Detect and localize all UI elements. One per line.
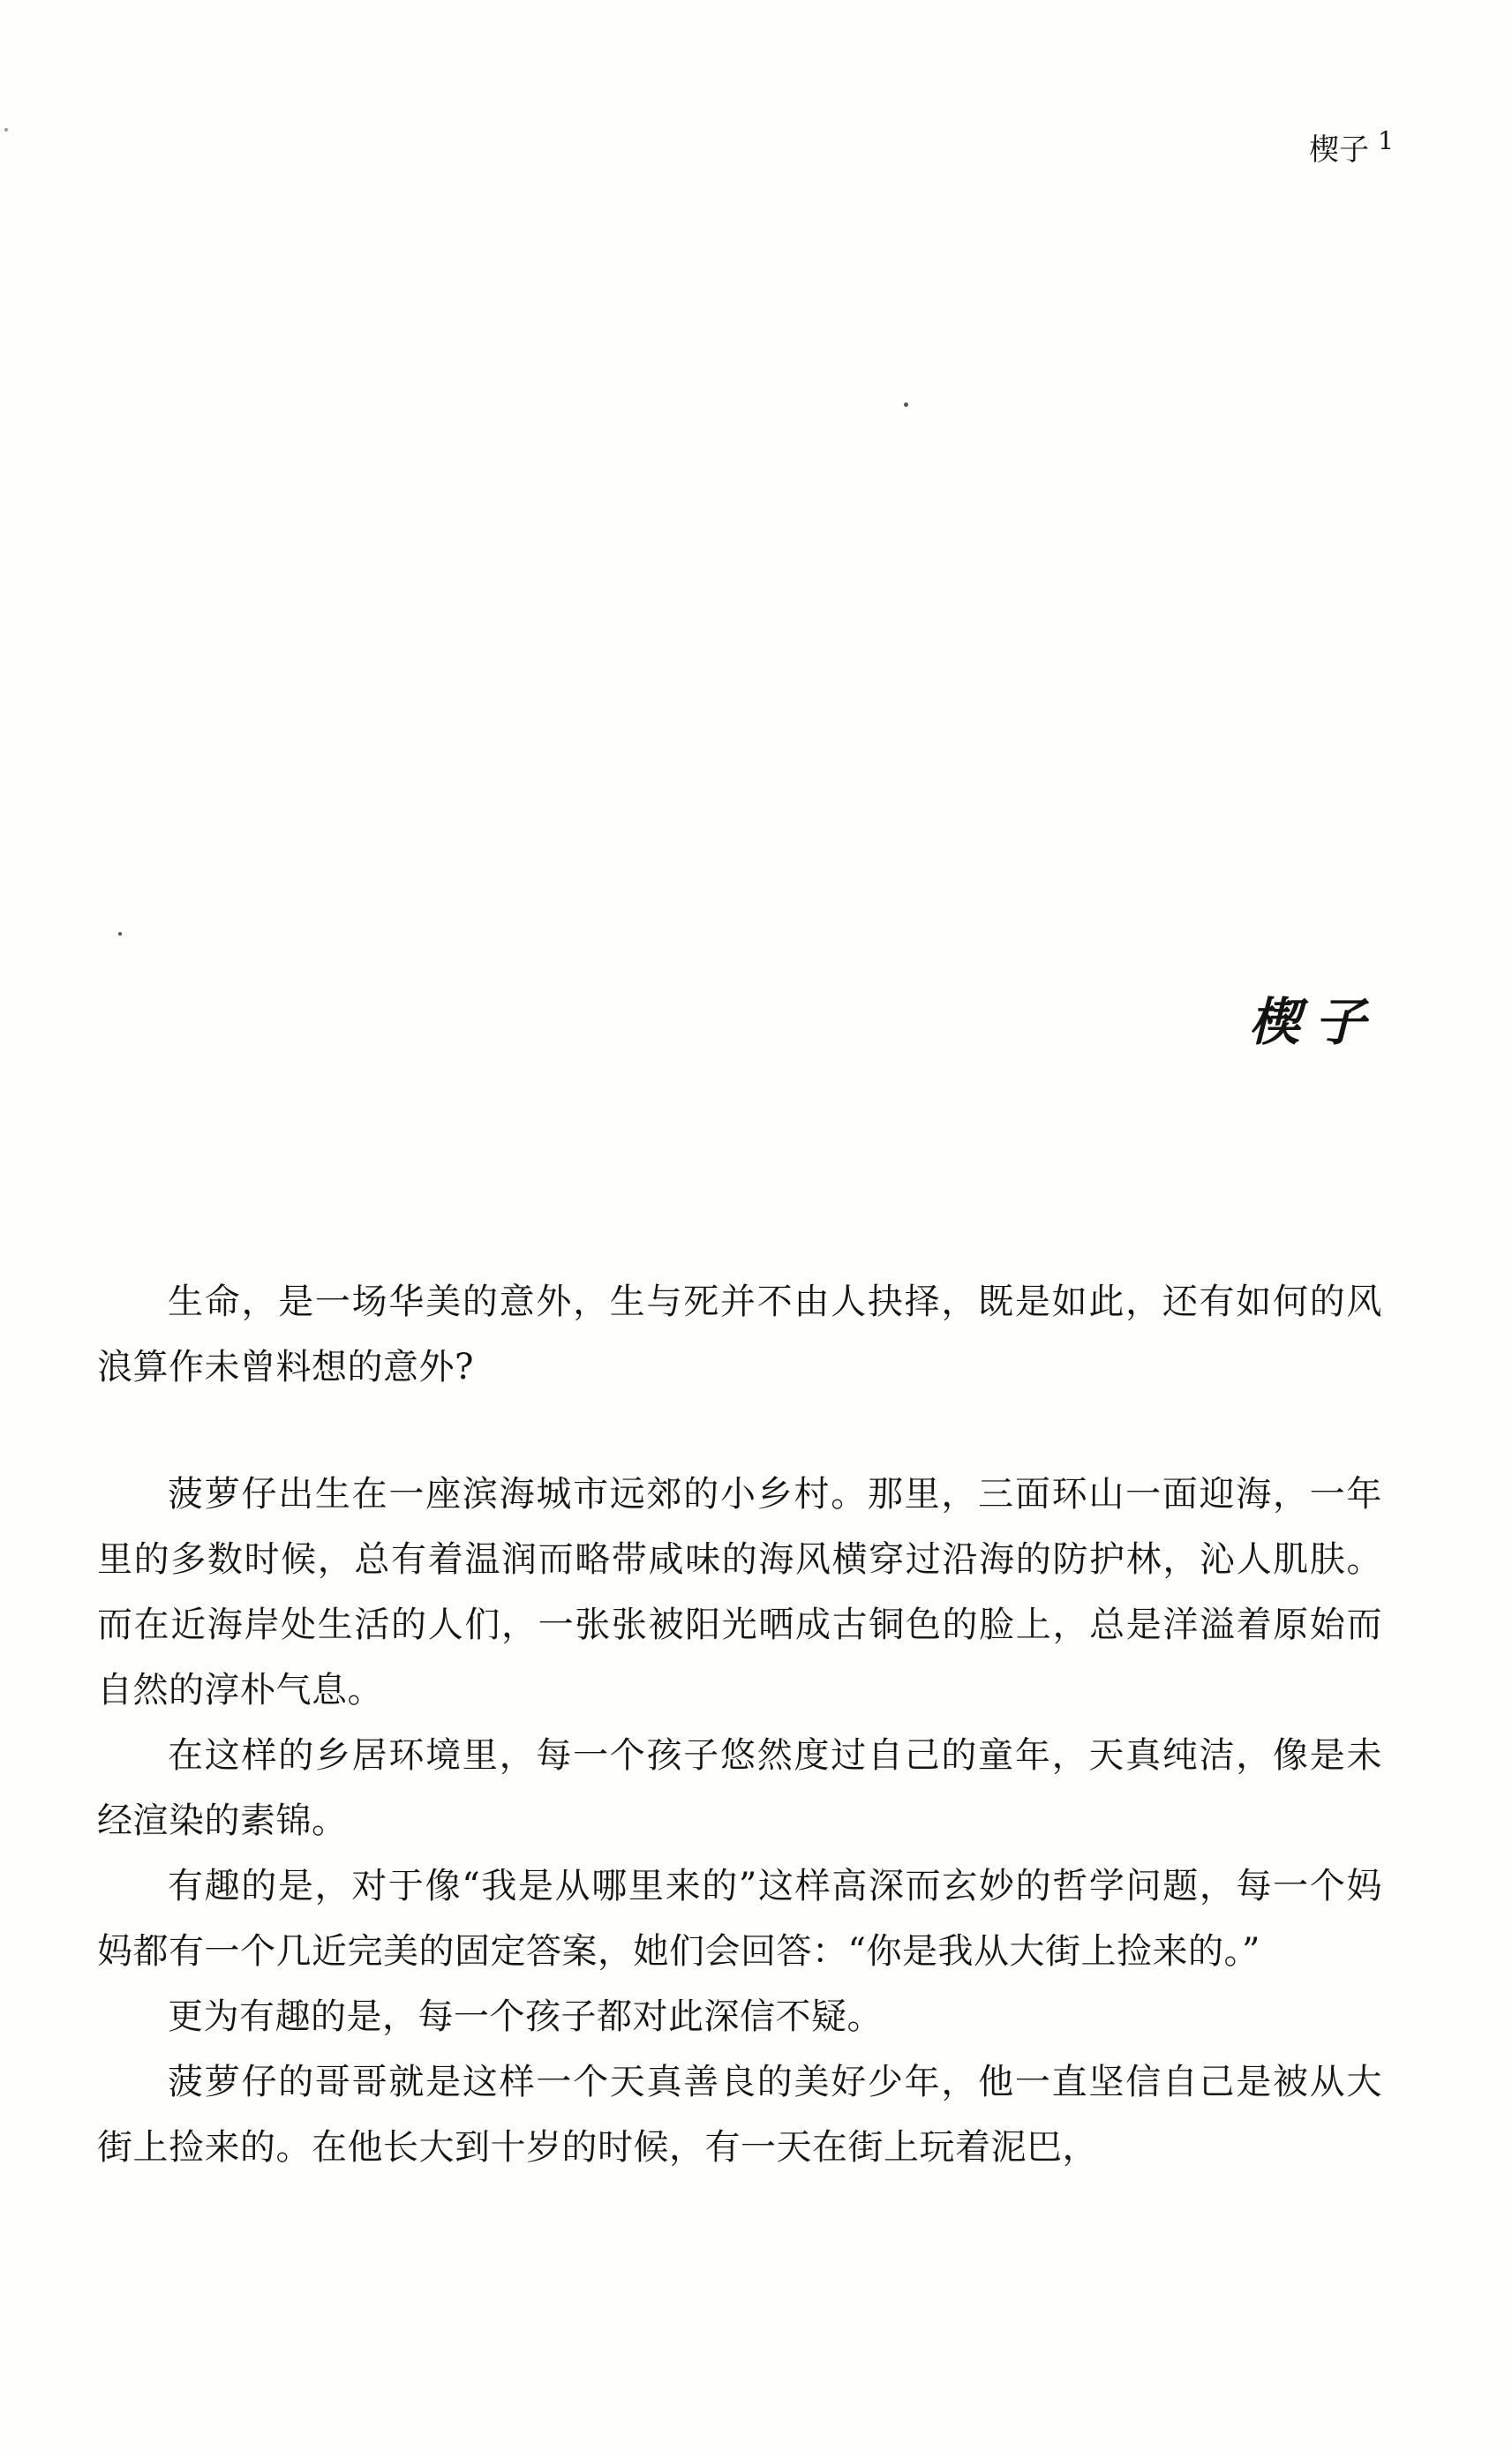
scan-speck <box>4 128 8 132</box>
paragraph: 更为有趣的是，每一个孩子都对此深信不疑。 <box>97 1984 1382 2049</box>
paragraph: 生命，是一场华美的意外，生与死并不由人抉择，既是如此，还有如何的风浪算作未曾料想… <box>97 1269 1382 1400</box>
body-text: 生命，是一场华美的意外，生与死并不由人抉择，既是如此，还有如何的风浪算作未曾料想… <box>97 1269 1382 2180</box>
paragraph: 菠萝仔的哥哥就是这样一个天真善良的美好少年，他一直坚信自己是被从大街上捡来的。在… <box>97 2049 1382 2180</box>
running-header: 楔子 1 <box>1309 132 1394 168</box>
paragraph: 菠萝仔出生在一座滨海城市远郊的小乡村。那里，三面环山一面迎海，一年里的多数时候，… <box>97 1462 1382 1723</box>
paragraph: 有趣的是，对于像“我是从哪里来的”这样高深而玄妙的哲学问题，每一个妈妈都有一个几… <box>97 1853 1382 1984</box>
page-number: 1 <box>1378 129 1394 154</box>
scan-speck <box>904 402 908 407</box>
paragraph: 在这样的乡居环境里，每一个孩子悠然度过自己的童年，天真纯洁，像是未经渲染的素锦。 <box>97 1723 1382 1853</box>
chapter-title: 楔子 <box>1249 981 1380 1055</box>
running-header-title: 楔子 <box>1309 132 1369 168</box>
scan-speck <box>118 932 122 936</box>
